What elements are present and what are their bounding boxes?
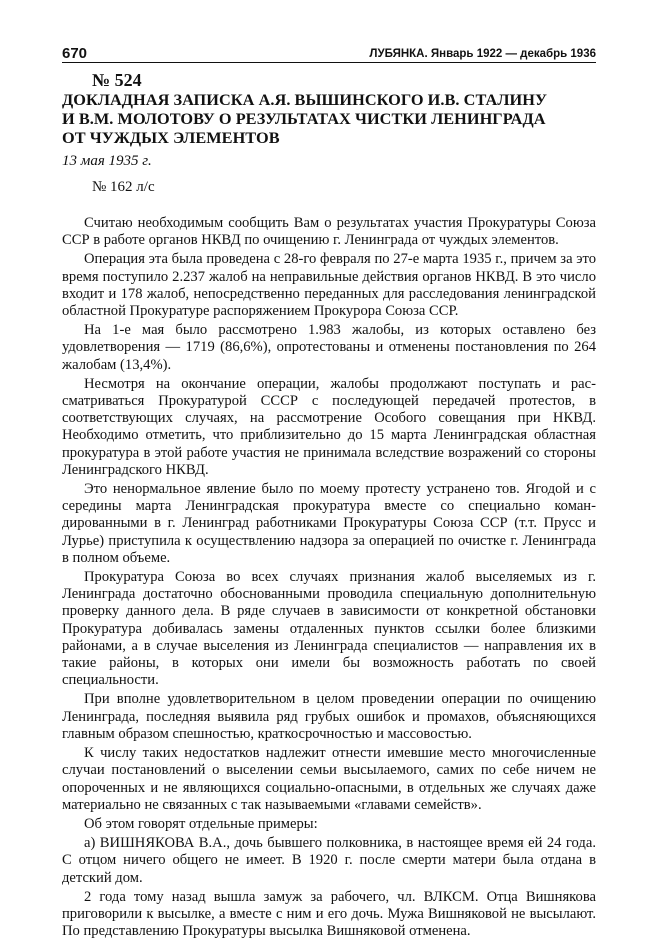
paragraph: Считаю необходимым сообщить Вам о резуль… [62, 215, 596, 249]
document-reference: № 162 л/с [92, 177, 596, 197]
paragraph: 2 года тому назад вышла замуж за рабочег… [62, 889, 596, 941]
paragraph: На 1-е мая было рассмотрено 1.983 жалобы… [62, 322, 596, 374]
page-number: 670 [62, 46, 87, 61]
paragraph: Это ненормальное явление было по моему п… [62, 481, 596, 567]
paragraph: а) ВИШНЯКОВА В.А., дочь бывшего полковни… [62, 835, 596, 887]
document-body: Считаю необходимым сообщить Вам о резуль… [62, 215, 596, 940]
paragraph: Прокуратура Союза во всех случаях призна… [62, 569, 596, 689]
paragraph: К числу таких недостатков надлежит отнес… [62, 745, 596, 814]
paragraph: Несмотря на окончание операции, жалобы п… [62, 376, 596, 479]
document-date: 13 мая 1935 г. [62, 151, 596, 171]
title-line: ОТ ЧУЖДЫХ ЭЛЕМЕНТОВ [62, 128, 596, 147]
running-title: ЛУБЯНКА. Январь 1922 — декабрь 1936 [369, 48, 596, 61]
title-line: ДОКЛАДНАЯ ЗАПИСКА А.Я. ВЫШИНСКОГО И.В. С… [62, 90, 596, 109]
title-line: И В.М. МОЛОТОВУ О РЕЗУЛЬТАТАХ ЧИСТКИ ЛЕН… [62, 109, 596, 128]
paragraph: Операция эта была проведена с 28-го февр… [62, 251, 596, 320]
paragraph: Об этом говорят отдельные примеры: [62, 816, 596, 833]
document-number: № 524 [92, 70, 596, 90]
document-title: ДОКЛАДНАЯ ЗАПИСКА А.Я. ВЫШИНСКОГО И.В. С… [62, 90, 596, 147]
paragraph: При вполне удовлетворительном в целом пр… [62, 691, 596, 743]
book-page: 670 ЛУБЯНКА. Январь 1922 — декабрь 1936 … [62, 44, 596, 942]
running-header: 670 ЛУБЯНКА. Январь 1922 — декабрь 1936 [62, 44, 596, 63]
